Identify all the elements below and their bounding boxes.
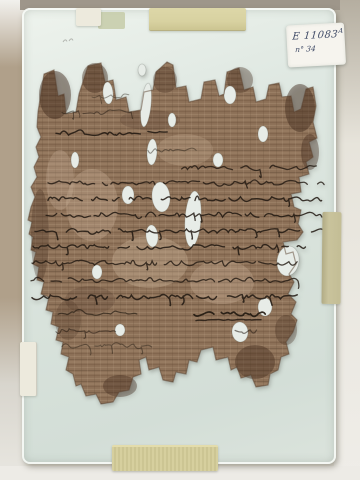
tape-bottom-center: [112, 445, 218, 471]
inventory-number-text: E 11083: [292, 29, 339, 42]
inventory-number: E 11083A: [292, 26, 345, 42]
inventory-label: E 11083A n° 34: [286, 23, 346, 68]
tape-top-left: [76, 8, 101, 26]
tape-bottom-left-edge: [20, 342, 37, 396]
item-number: n° 34: [295, 43, 346, 55]
tape-residue-top: [98, 12, 125, 29]
glass-mount: [22, 8, 336, 464]
inventory-number-superscript: A: [338, 27, 344, 35]
tape-right-edge: [322, 212, 342, 304]
tape-top-center: [149, 8, 246, 31]
photo-papyrus-under-glass: E 11083A n° 34: [0, 0, 360, 480]
